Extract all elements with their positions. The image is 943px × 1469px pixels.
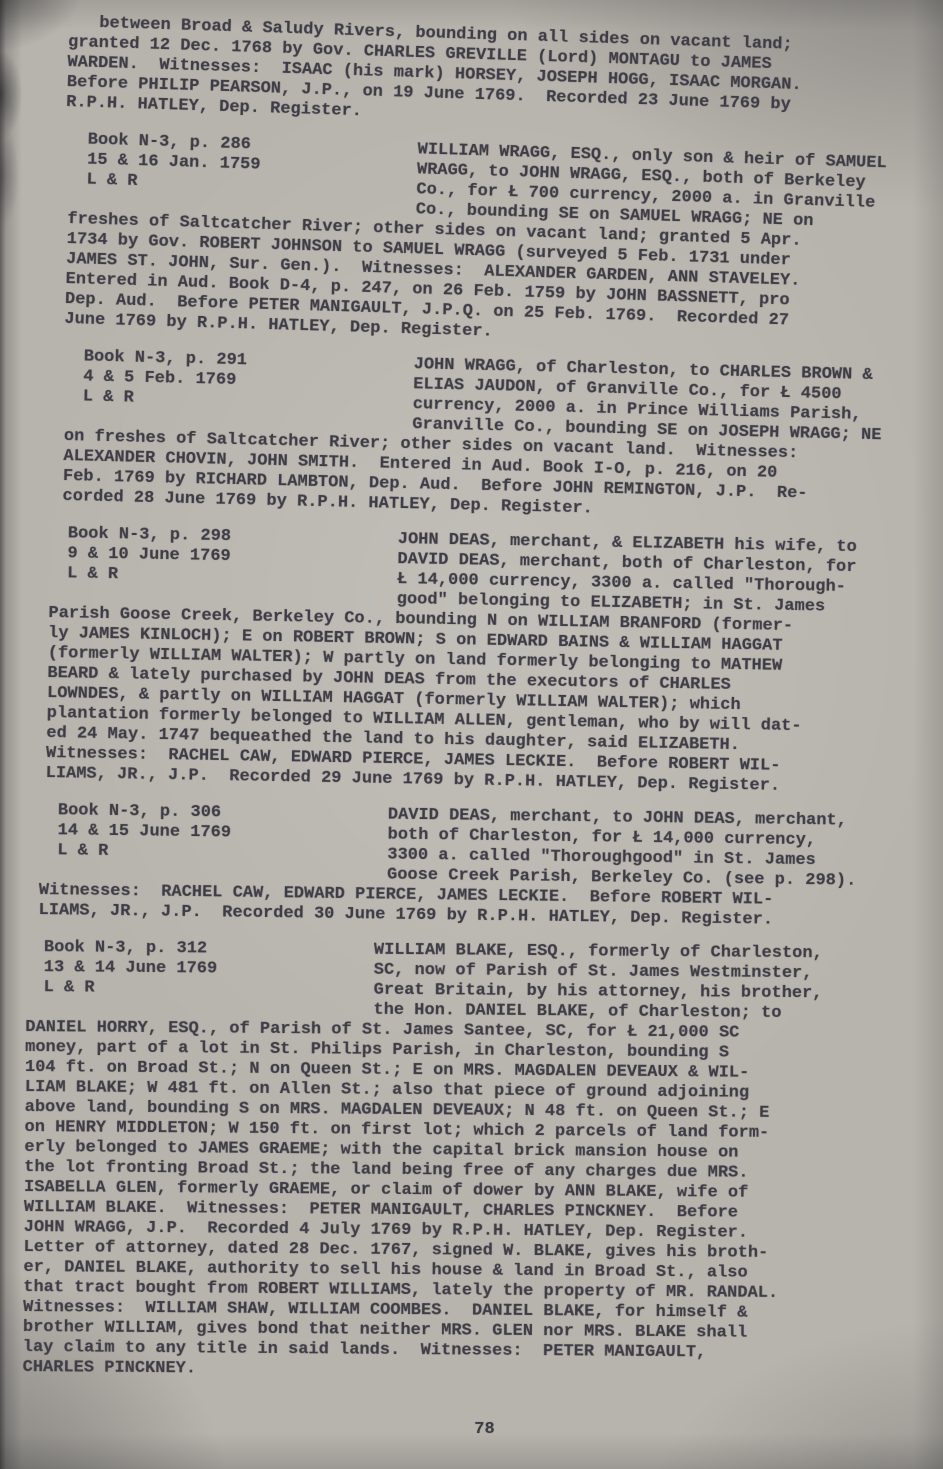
entry-cont-text: Parish Goose Creek, Berkeley Co., boundi… (45, 604, 941, 800)
continuation-paragraph: between Broad & Saludy Rivers, bounding … (66, 13, 943, 140)
entry-lead-text: WILLIAM BLAKE, ESQ., formerly of Charles… (373, 941, 943, 1025)
entry-ref: Book N-3, p. 286 15 & 16 Jan. 1759 L & R (86, 131, 418, 221)
entry-ref: Book N-3, p. 312 13 & 14 June 1769 L & R (43, 938, 374, 1021)
entry-cont-text: freshes of Saltcatcher River; other side… (64, 210, 940, 356)
page-footer: 78 (0, 1420, 943, 1440)
continuation-text: between Broad & Saludy Rivers, bounding … (66, 13, 943, 140)
deed-entry-286: Book N-3, p. 286 15 & 16 Jan. 1759 L & R… (64, 130, 943, 356)
entry-date: 13 & 14 June 1769 (44, 958, 374, 981)
entry-head: Book N-3, p. 312 13 & 14 June 1769 L & R… (25, 938, 943, 1025)
entry-ref: Book N-3, p. 298 9 & 10 June 1769 L & R (67, 524, 398, 610)
deed-entry-298: Book N-3, p. 298 9 & 10 June 1769 L & R … (45, 524, 942, 800)
entry-head: Book N-3, p. 306 14 & 15 June 1769 L & R… (39, 801, 943, 893)
deed-entry-306: Book N-3, p. 306 14 & 15 June 1769 L & R… (38, 801, 942, 933)
entry-cont-text: DANIEL HORRY, ESQ., of Parish of St. Jam… (23, 1018, 943, 1385)
entry-lead-text: WILLIAM WRAGG, ESQ., only son & heir of … (415, 140, 942, 236)
entry-ref: Book N-3, p. 306 14 & 15 June 1769 L & R (57, 801, 388, 885)
entry-ref: Book N-3, p. 291 4 & 5 Feb. 1769 L & R (82, 347, 414, 435)
page-number: 78 (474, 1420, 494, 1440)
entry-head: Book N-3, p. 298 9 & 10 June 1769 L & R … (49, 524, 943, 620)
deed-entry-291: Book N-3, p. 291 4 & 5 Feb. 1769 L & R J… (62, 347, 943, 528)
entry-lead-text: DAVID DEAS, merchant, to JOHN DEAS, merc… (387, 806, 943, 893)
entry-type: L & R (57, 841, 387, 865)
entry-type: L & R (44, 978, 374, 1001)
deed-entry-312: Book N-3, p. 312 13 & 14 June 1769 L & R… (23, 938, 943, 1385)
entry-lead-text: JOHN WRAGG, of Charleston, to CHARLES BR… (412, 355, 943, 447)
book-ref: Book N-3, p. 312 (44, 938, 374, 961)
entry-lead-text: JOHN DEAS, merchant, & ELIZABETH his wif… (397, 530, 943, 619)
scanned-page: between Broad & Saludy Rivers, bounding … (0, 0, 943, 1469)
